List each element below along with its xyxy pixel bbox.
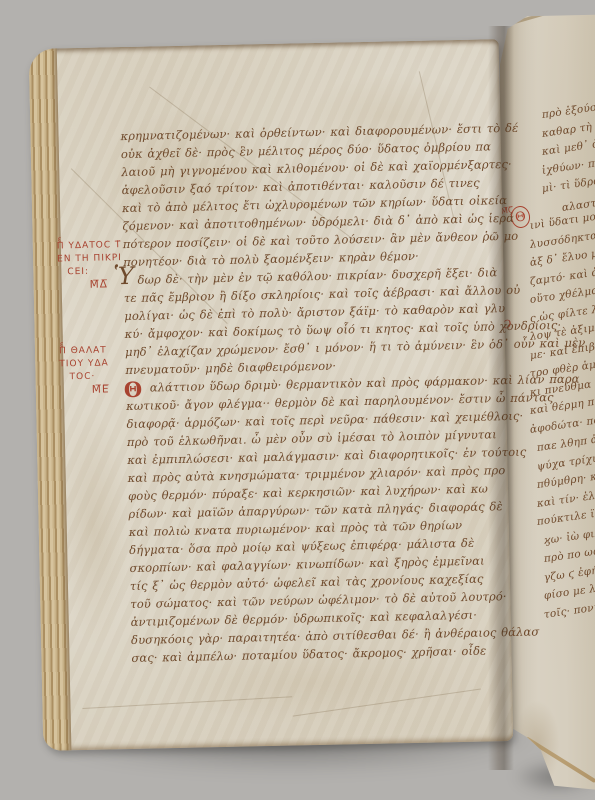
marginal-superscript: ε	[60, 338, 64, 351]
marginal-superscript: ε	[58, 233, 62, 246]
marginal-note-line: ΤΙΟΥ ΥΔΑ	[59, 357, 109, 371]
right-page-text-column: πρὸ ἐξούση με καθαρ τὴ λαμ καὶ μεθ᾽ ἁπλο…	[528, 106, 595, 624]
left-page: ε Π ΥΔΑΤΟϹ Τ̃ ΕΝ ΤΗ ΠΙΚΡΙ ϹΕΙ: Μ̅Δ̅ ε Π …	[29, 39, 514, 751]
parchment-crease	[82, 696, 292, 709]
right-page-top-edge	[504, 0, 595, 27]
fore-edge-page-stack	[29, 48, 72, 750]
manuscript-photograph: Μ̅Ϛ̅ Θ Ὁ ϛ πρὸ ἐξούση με καθαρ τὴ λαμ κα…	[0, 0, 595, 800]
marginal-note-line: ΤΟϹ·	[69, 370, 109, 384]
main-text-block: κρημνατιζομένων· καὶ ὀρθείντων· καὶ διαφ…	[120, 119, 523, 667]
marginal-note-line: Π ΘΑΛΑΤ	[59, 344, 109, 358]
marginal-note-sea-water: ε Π ΘΑΛΑΤ ΤΙΟΥ ΥΔΑ ΤΟϹ· Μ̅Ε̅	[59, 344, 110, 397]
chapter-number-45: Μ̅Ε̅	[92, 383, 110, 396]
gutter-shadow	[488, 26, 514, 770]
parchment-crease	[293, 689, 481, 717]
